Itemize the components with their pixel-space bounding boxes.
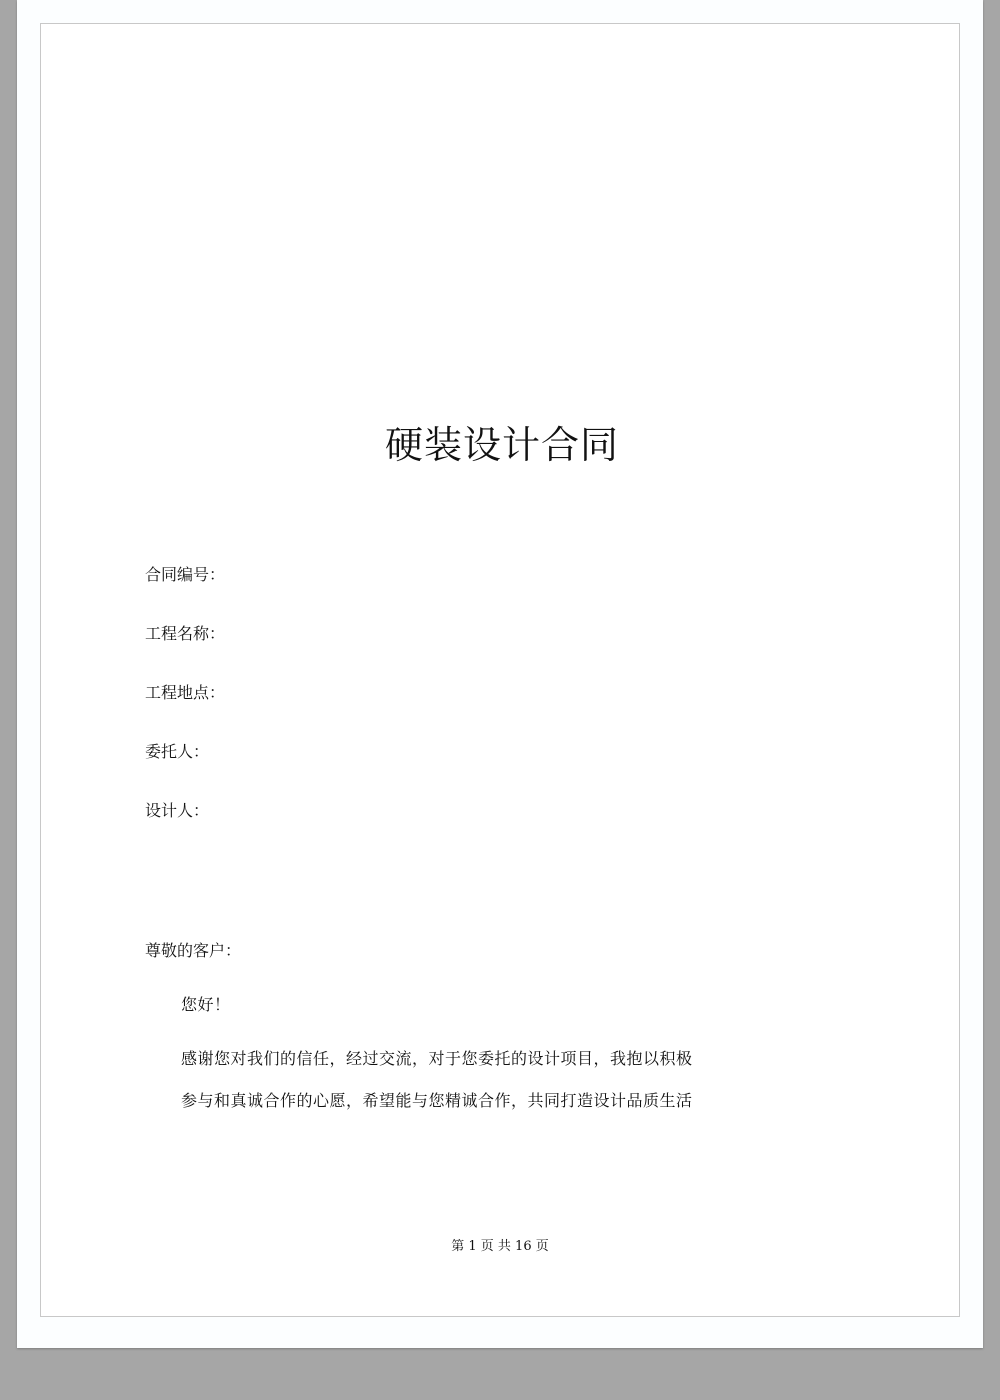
body-line-2: 参与和真诚合作的心愿，希望能与您精诚合作，共同打造设计品质生活 <box>181 1088 693 1111</box>
salutation: 尊敬的客户： <box>145 938 241 961</box>
field-client: 委托人： <box>145 739 209 762</box>
page-content-frame: 硬装设计合同 合同编号： 工程名称： 工程地点： 委托人： 设计人： 尊敬的客户… <box>40 23 960 1317</box>
field-project-location: 工程地点： <box>145 680 225 703</box>
page-footer: 第 1 页 共 16 页 <box>41 1235 959 1254</box>
field-contract-number: 合同编号： <box>145 562 225 585</box>
body-line-1: 感谢您对我们的信任，经过交流，对于您委托的设计项目，我抱以积极 <box>181 1046 693 1069</box>
document-title: 硬装设计合同 <box>41 414 959 469</box>
greeting: 您好！ <box>181 992 231 1015</box>
document-page: 硬装设计合同 合同编号： 工程名称： 工程地点： 委托人： 设计人： 尊敬的客户… <box>17 0 983 1348</box>
field-designer: 设计人： <box>145 798 209 821</box>
title-text: 硬装设计合同 <box>385 423 619 467</box>
field-project-name: 工程名称： <box>145 621 225 644</box>
